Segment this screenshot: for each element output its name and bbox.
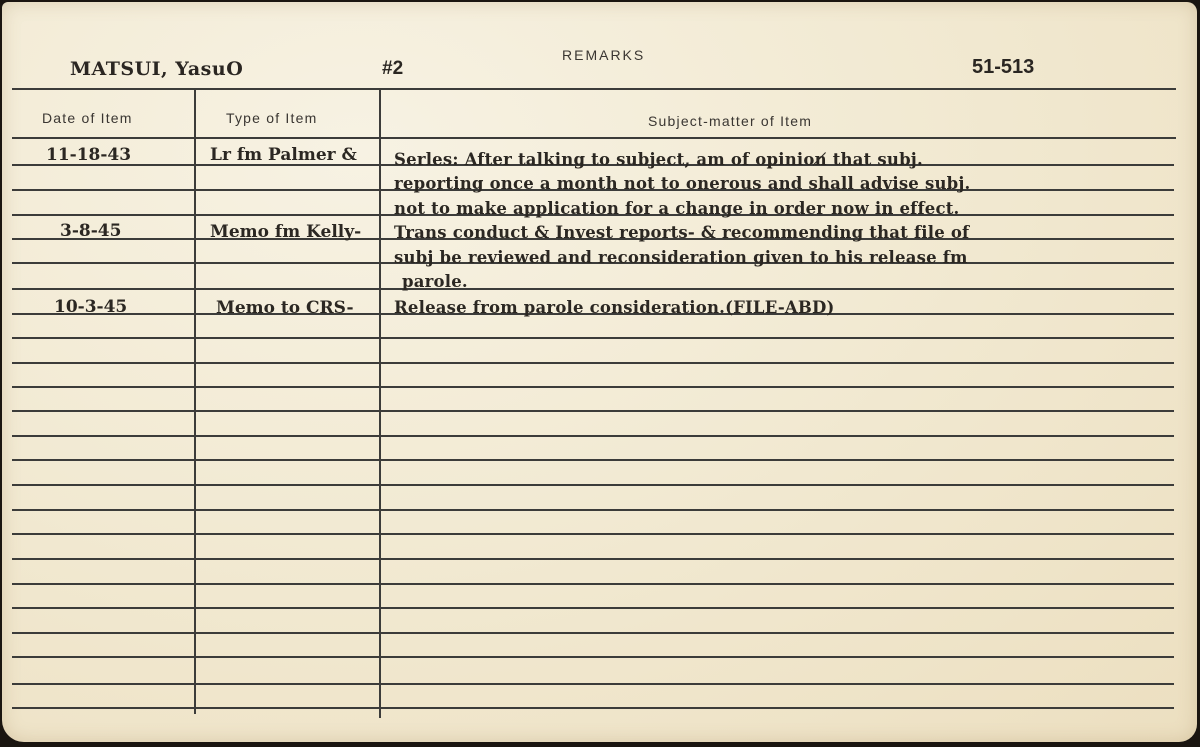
column-header-type: Type of Item xyxy=(226,110,317,126)
entry-type: Memo fm Kelly- xyxy=(210,222,361,242)
entry-subject-line: not to make application for a change in … xyxy=(394,199,959,219)
column-header-subject: Subject-matter of Item xyxy=(648,113,812,129)
ruled-line xyxy=(12,337,1174,339)
entry-subject-line: reporting once a month not to onerous an… xyxy=(394,174,971,194)
entry-date: 11-18-43 xyxy=(46,145,131,165)
card-number: #2 xyxy=(382,58,403,80)
entry-subject-line: subj be reviewed and reconsideration giv… xyxy=(394,248,968,268)
ruled-line xyxy=(12,410,1174,412)
ruled-line xyxy=(12,88,1176,90)
column-divider-1 xyxy=(194,88,196,714)
entry-type: Memo to CRS- xyxy=(216,298,354,318)
ruled-line xyxy=(12,632,1174,634)
entry-date: 10-3-45 xyxy=(54,297,127,317)
ruled-line xyxy=(12,288,1174,290)
entry-date: 3-8-45 xyxy=(60,221,121,241)
ruled-line xyxy=(12,459,1174,461)
index-card: MATSUI, YasuO #2 REMARKS 51-513 Date of … xyxy=(2,2,1197,742)
card-title: REMARKS xyxy=(562,47,645,63)
file-number: 51-513 xyxy=(972,56,1034,79)
entry-subject-line: Serles: After talking to subject, am of … xyxy=(394,150,923,170)
ruled-line xyxy=(12,583,1174,585)
column-divider-2 xyxy=(379,88,381,718)
ruled-line xyxy=(12,137,1176,139)
entry-subject-line: Trans conduct & Invest reports- & recomm… xyxy=(394,223,969,243)
ruled-line xyxy=(12,683,1174,685)
ruled-line xyxy=(12,362,1174,364)
ruled-line xyxy=(12,509,1174,511)
ruled-line xyxy=(12,533,1174,535)
ruled-line xyxy=(12,435,1174,437)
subject-name: MATSUI, YasuO xyxy=(70,58,243,80)
entry-type: Lr fm Palmer & xyxy=(210,145,357,165)
ruled-line xyxy=(12,707,1174,709)
entry-subject-line: Release from parole consideration.(FILE-… xyxy=(394,298,835,318)
ruled-line xyxy=(12,656,1174,658)
ruled-line xyxy=(12,386,1174,388)
ruled-line xyxy=(12,558,1174,560)
ruled-line xyxy=(12,607,1174,609)
column-header-date: Date of Item xyxy=(42,110,133,126)
entry-subject-line: parole. xyxy=(402,272,468,292)
ruled-line xyxy=(12,484,1174,486)
